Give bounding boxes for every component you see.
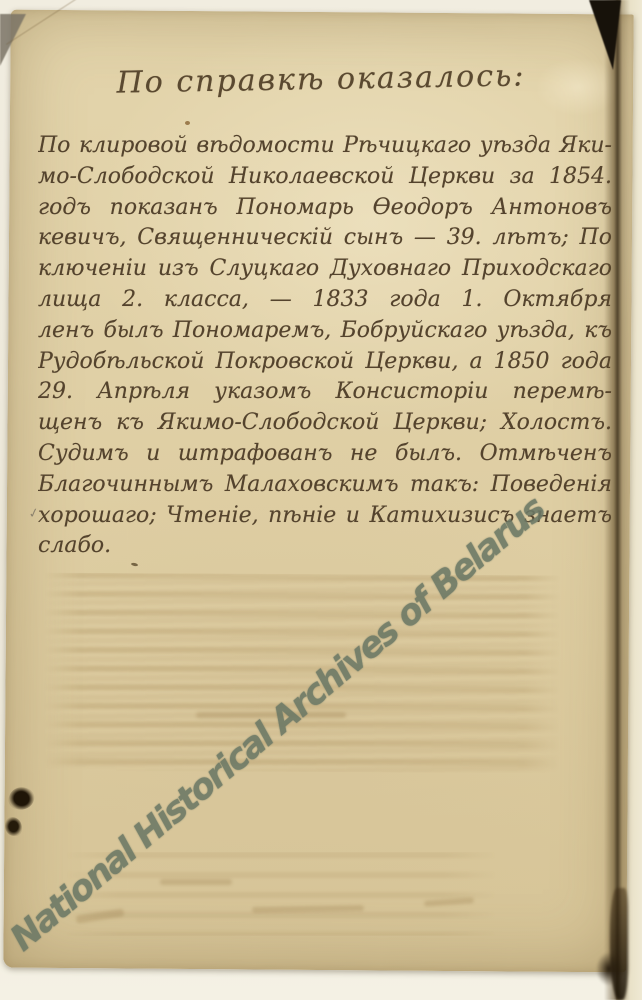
- manuscript-line: ленъ былъ Пономаремъ, Бобруйскаго уѣзда,…: [38, 316, 612, 347]
- binding-blot: [596, 952, 622, 986]
- bleed-through-text: [160, 879, 232, 885]
- manuscript-line: кевичъ, Священническій сынъ — 39. лѣтъ; …: [38, 223, 612, 254]
- ink-fleck: [185, 121, 190, 125]
- manuscript-line: По клировой вѣдомости Рѣчицкаго уѣзда Як…: [38, 131, 612, 162]
- manuscript-line: лища 2. класса, — 1833 года 1. Октября о…: [38, 285, 612, 316]
- manuscript-line: щенъ къ Якимо-Слободской Церкви; Холостъ…: [38, 408, 612, 439]
- manuscript-line: Рудобѣльской Покровской Церкви, а 1850 г…: [38, 347, 612, 378]
- manuscript-line: мо-Слободской Николаевской Церкви за 185…: [38, 162, 612, 193]
- binding-shadow: [604, 0, 630, 1000]
- binding-wedge: [589, 0, 621, 70]
- scanned-document-view: По справкѣ оказалось: По клировой вѣдомо…: [0, 0, 642, 1000]
- ink-blot: [5, 817, 22, 836]
- manuscript-line: ключеніи изъ Слуцкаго Духовнаго Приходск…: [38, 254, 612, 285]
- manuscript-line: 29. Апрѣля указомъ Консисторіи перемѣ-: [38, 377, 612, 408]
- manuscript-line: Судимъ и штрафованъ не былъ. Отмѣченъ: [38, 439, 612, 470]
- manuscript-line: годъ показанъ Пономарь Ѳеодоръ Антоновъ …: [38, 193, 612, 224]
